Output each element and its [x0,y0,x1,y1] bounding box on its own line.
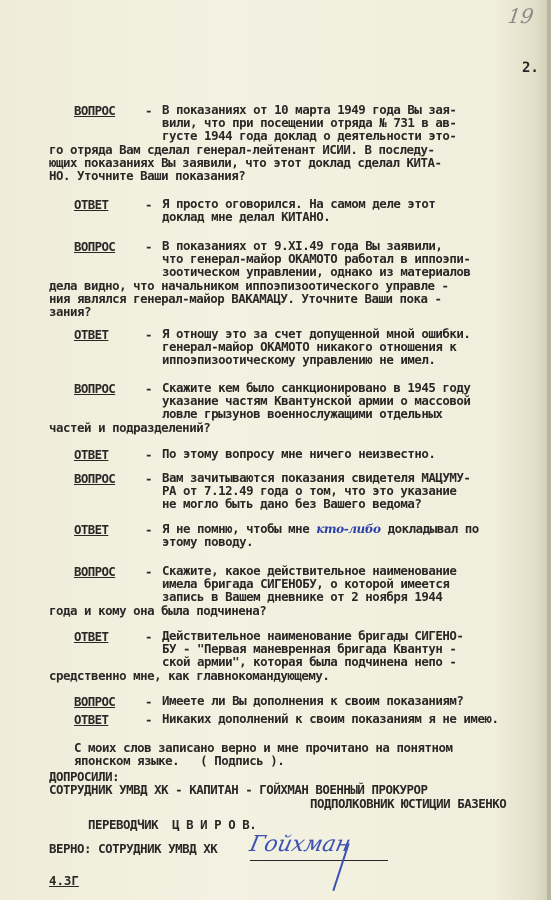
question-line: го отряда Вам сделал генерал-лейтенант И… [49,143,435,156]
question-line: НО. Уточните Ваши показания? [49,169,245,182]
translator-line: ПЕРЕВОДЧИК Ц В И Р О В. [88,818,256,831]
question-line: частей и подразделений? [49,421,210,434]
question-label: ВОПРОС [74,564,115,579]
answer-label: ОТВЕТ [74,629,108,644]
answer-label: ОТВЕТ [74,522,108,537]
answer-line: доклад мне делал КИТАНО. [162,210,330,223]
typed-text: докладывал по [381,521,479,536]
certified-line: ВЕРНО: СОТРУДНИК УМВД ХК [49,842,217,855]
label-dash: - [145,239,152,254]
label-dash: - [145,564,152,579]
label-dash: - [145,522,152,537]
label-dash: - [145,694,152,709]
document-code: 4.3Г [49,873,79,888]
question-line: запись в Вашем дневнике от 2 ноября 1944 [162,590,442,603]
answer-label: ОТВЕТ [74,447,108,462]
answer-line: Никаких дополнений к своим показаниям я … [162,712,498,725]
handwritten-insert: кто-либо [316,522,380,536]
label-dash: - [145,471,152,486]
answer-line: этому поводу. [162,535,253,548]
answer-line: ской армии", которая была подчинена непо… [162,655,456,668]
label-dash: - [145,712,152,727]
question-line: зания? [49,305,91,318]
question-label: ВОПРОС [74,381,115,396]
question-label: ВОПРОС [74,103,115,118]
answer-label: ОТВЕТ [74,712,108,727]
typed-text: этому поводу. [162,534,253,549]
answer-line: иппоэпизоотическому управлению не имел. [162,353,435,366]
paper-edge [547,0,551,900]
label-dash: - [145,629,152,644]
page-number: 2. [522,60,539,76]
prosecutor-line: ПОДПОЛКОВНИК ЮСТИЦИИ БАЗЕНКО [310,797,506,810]
handwritten-signature: Гойхман [247,832,353,857]
question-label: ВОПРОС [74,239,115,254]
label-dash: - [145,381,152,396]
question-line: дела видно, что начальником иппоэпизооти… [49,279,449,292]
label-dash: - [145,197,152,212]
label-dash: - [145,103,152,118]
answer-line: средственно мне, как главнокомандующему. [49,669,329,682]
label-dash: - [145,447,152,462]
question-line: ния являлся генерал-майор ВАКАМАЦУ. Уточ… [49,292,442,305]
answer-line: По этому вопросу мне ничего неизвестно. [162,447,435,460]
answer-label: ОТВЕТ [74,327,108,342]
question-line: года и кому она была подчинена? [49,604,266,617]
interrogator-line: СОТРУДНИК УМВД ХК - КАПИТАН - ГОЙХМАН ВО… [49,783,428,796]
question-label: ВОПРОС [74,471,115,486]
question-line: Имеете ли Вы дополнения к своим показани… [162,694,463,707]
handwritten-folio-number: 19 [506,4,535,28]
closing-line: японском языке. ( Подпись ). [74,754,284,767]
document-page: 19 2. ВОПРОС-В показаниях от 10 марта 19… [0,0,551,900]
question-line: не могло быть дано без Вашего ведома? [162,497,421,510]
label-dash: - [145,327,152,342]
answer-label: ОТВЕТ [74,197,108,212]
question-line: ловле грызунов военнослужащими отдельных [162,407,442,420]
question-label: ВОПРОС [74,694,115,709]
question-line: густе 1944 года доклад о деятельности эт… [162,129,456,142]
signature-line [250,860,388,861]
question-line: зоотическом управлении, однако из матери… [162,265,470,278]
